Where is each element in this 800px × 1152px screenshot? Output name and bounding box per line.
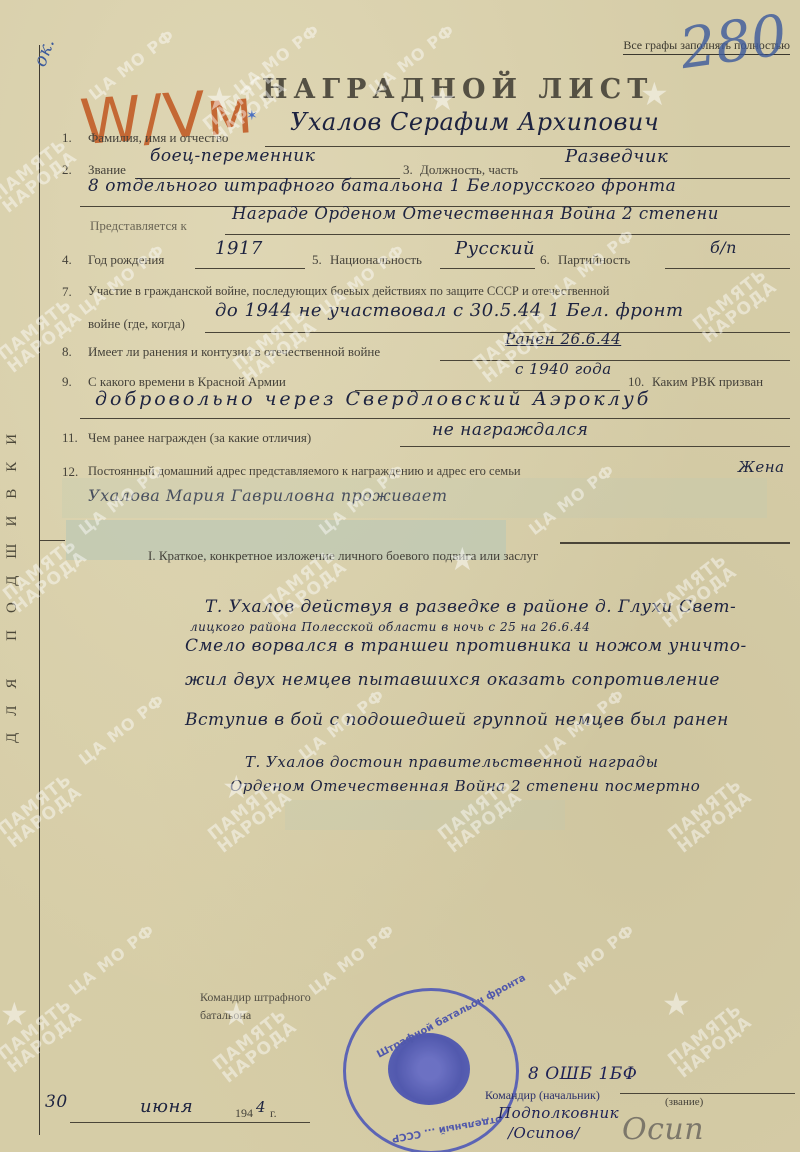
field-6-label: Партийность (558, 252, 630, 268)
date-year-suffix: 4 (256, 1098, 266, 1116)
presented-label: Представляется к (90, 218, 187, 234)
field-2-rank: боец-переменник (150, 146, 315, 166)
field-11-label: Чем ранее награжден (за какие отличия) (88, 430, 311, 446)
watermark-archive: ЦА МО РФ (305, 920, 398, 999)
field-8-wounds: Ранен 26.6.44 (505, 330, 621, 348)
feat-line-7: Орденом Отечественная Война 2 степени по… (230, 777, 700, 795)
field-8-label: Имеет ли ранения и контузии в отечествен… (88, 344, 380, 360)
field-6-num: 6. (540, 252, 550, 268)
field-7-label: Участие в гражданской войне, последующих… (88, 284, 609, 299)
commander-label-printed-2: батальона (200, 1008, 251, 1023)
field-4-label: Год рождения (88, 252, 164, 268)
field-12-label: Постоянный домашний адрес представляемог… (88, 464, 521, 479)
date-month: июня (140, 1096, 193, 1117)
date-day: 30 (45, 1092, 68, 1112)
commander-signature: Осип (622, 1112, 704, 1147)
feat-line-1: Т. Ухалов действуя в разведке в районе д… (205, 597, 736, 617)
redacted-address-block (62, 478, 767, 518)
commander-rank: Подполковник (498, 1104, 619, 1122)
field-10-label: Каким РВК призван (652, 374, 763, 390)
feat-line-6: Т. Ухалов достоин правительственной нагр… (245, 753, 658, 771)
feat-line-4: жил двух немцев пытавшихся оказать сопро… (185, 670, 720, 690)
field-2-num: 2. (62, 162, 72, 178)
field-5-label: Национальность (330, 252, 422, 268)
corner-mark: ок. (30, 35, 60, 69)
commander-label-printed: Командир штрафного (200, 990, 311, 1005)
watermark-archive: ЦА МО РФ (545, 920, 638, 999)
seal-bottom-text: отдельный ... СССР (391, 1113, 503, 1143)
watermark-memory: ПАМЯТЬ НАРОДА (665, 1001, 756, 1082)
commander-unit: 8 ОШБ 1БФ (528, 1064, 637, 1084)
field-5-nationality: Русский (455, 238, 535, 259)
feat-heading: I. Краткое, конкретное изложение личного… (148, 548, 538, 564)
field-8-num: 8. (62, 344, 72, 360)
watermark-archive: ЦА МО РФ (65, 920, 158, 999)
date-year-prefix: 194 (235, 1106, 253, 1121)
field-3-position: Разведчик (565, 146, 668, 167)
commander-title-printed: Командир (начальник) (485, 1088, 600, 1103)
field-1-num: 1. (62, 130, 72, 146)
watermark-star-icon: ★ (0, 995, 29, 1033)
field-7-label-cont: войне (где, когда) (88, 316, 185, 332)
watermark-memory: ПАМЯТЬ НАРОДА (690, 266, 781, 347)
field-6-party: б/п (710, 238, 737, 257)
blue-star-icon: ✶ (246, 108, 258, 125)
field-4-birth-year: 1917 (215, 238, 263, 259)
watermark-memory: ПАМЯТЬ НАРОДА (650, 551, 741, 632)
field-9-num: 9. (62, 374, 72, 390)
feat-line-2: лицкого района Полесской области в ночь … (190, 620, 590, 634)
field-3-unit: 8 отдельного штрафного батальона 1 Белор… (88, 176, 676, 196)
binding-margin-rule (39, 45, 40, 1135)
feat-line-3: Смело ворвался в траншеи противника и но… (185, 636, 747, 656)
archive-number: 280 (676, 3, 791, 82)
field-5-num: 5. (312, 252, 322, 268)
commander-name: /Осипов/ (508, 1124, 580, 1142)
feat-line-5: Вступив в бой с подошедшей группой немце… (185, 710, 729, 730)
field-12-relation: Жена (738, 458, 785, 476)
field-1-label: Фамилия, имя и отчество (88, 130, 228, 146)
field-7-combat-participation: до 1944 не участвовал с 30.5.44 1 Бел. ф… (215, 300, 684, 321)
field-1-full-name: Ухалов Серафим Архипович (290, 108, 659, 136)
binding-margin-label: ДЛЯ ПОДШИВКИ (4, 300, 34, 860)
field-4-num: 4. (62, 252, 72, 268)
watermark-memory: ПАМЯТЬ НАРОДА (0, 996, 85, 1077)
official-seal: Штрафной батальон фронта отдельный ... С… (343, 988, 519, 1152)
rank-caption: (звание) (665, 1096, 703, 1108)
field-9-army-since: с 1940 года (515, 360, 612, 378)
date-year-unit: г. (270, 1106, 277, 1121)
field-11-previous-awards: не награждался (432, 420, 588, 440)
field-11-num: 11. (62, 430, 78, 446)
watermark-archive: ЦА МО РФ (75, 690, 168, 769)
presented-award: Награде Орденом Отечественная Война 2 ст… (232, 204, 719, 223)
field-10-conscription: добровольно через Свердловский Аэроклуб (95, 388, 651, 410)
watermark-star-icon: ★ (662, 985, 691, 1023)
redacted-feat-block (285, 800, 565, 830)
field-7-num: 7. (62, 284, 72, 300)
document-title: НАГРАДНОЙ ЛИСТ (262, 74, 653, 105)
